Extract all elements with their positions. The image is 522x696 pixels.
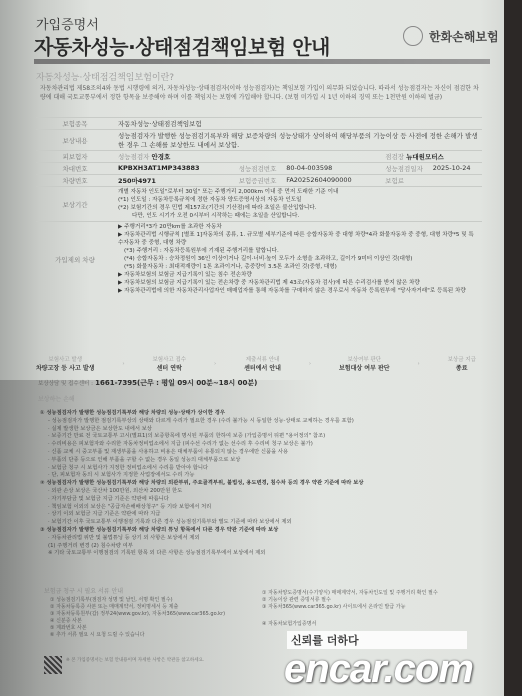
table-row: 피보험자 성능점검자 안경호 점검장 뉴대원모터스 (36, 151, 482, 163)
chevron-right-icon: › (417, 361, 419, 367)
coverage-period: 개별 자동차 인도일"로부터 30일" 또는 주행거리 2,000km 이내 중… (114, 187, 482, 222)
inspector-name: 안경호 (151, 153, 170, 161)
coverage-item: · 단, 피보험자 동의 시 보험사가 지정한 사업장에서도 수리 가능 (40, 472, 470, 480)
table-row: 보험종목 자동차성능·상태점검책임보험 (36, 118, 482, 130)
coverage-item: · 자기부담금 및 보험금 지급 기준은 약관에 따릅니다 (40, 496, 470, 504)
insurer-name: 한화손해보험 (429, 28, 499, 45)
shop-name: 뉴대원모터스 (406, 153, 444, 161)
process-step: 보상여부 판단보험대상 여부 판단 (339, 355, 390, 372)
chevron-right-icon: › (214, 361, 216, 367)
table-row: 차량번호 250마4971 보험증권번호 FA20252604090000 보험… (36, 175, 482, 187)
vin-value: KPBXH3AT1MP343883 (114, 163, 235, 175)
excluded-vehicles: ▶ 주행거리*3가 20만km를 초과한 자동차 ▶ 자동차관리법 시행규칙 [… (114, 222, 482, 297)
required-documents-left: ① 성능점검기록부(점검자 성명 및 날인, 서명 확인 필수)② 자동차등록증… (50, 597, 260, 639)
coverage-details: ① 성능점검자가 발행한 성능점검기록부와 해당 차량의 성능·상태가 상이한 … (40, 410, 470, 558)
table-row: 보상기간 개별 자동차 인도일"로부터 30일" 또는 주행거리 2,000km… (36, 187, 482, 222)
coverage-section-title: 보상하는 손해 (38, 394, 75, 403)
coverage-item: · 수리비용은 피보험자와 수리한 자동차정비업소에서 지급 (피수선 수리가 … (40, 441, 470, 449)
coverage-item: ① 성능점검자가 발행한 성능점검기록부와 해당 차량의 성능·상태가 상이한 … (40, 410, 470, 418)
encar-watermark: encar.com (284, 647, 473, 692)
coverage-item: ② 성능점검자가 발행한 성능점검기록부와 해당 차량의 외관부위, 주요골격부… (40, 480, 470, 488)
required-documents-right: ① 자동차양도증명서(수기양식) 매매계약서, 자동차인도일 및 주행거리 확인… (262, 590, 462, 628)
claim-center-phone: 보상상담 및 접수센터 : 1661-7395(근무 : 평일 09시 00분~… (38, 378, 257, 388)
coverage-item: ③ 성능점검자가 발행한 성능점검기록부와 해당 차량의 튜닝 항목에서 다른 … (40, 527, 470, 535)
process-step: 보험사고 접수센터 연락 (152, 355, 186, 372)
coverage-item: - 성능점검자가 발행한 점검기록부상의 상태와 다르게 수리가 필요한 경우 … (40, 418, 470, 426)
table-row: 차대번호 KPBXH3AT1MP343883 성능점검번호 80-04-0035… (36, 163, 482, 175)
process-step: 보험사고 발생차량고장 등 사고 발생 (36, 355, 94, 372)
documents-section-title: 보험금 청구 시 필요 서류 안내 (44, 586, 123, 595)
chevron-right-icon: › (122, 361, 124, 367)
coverage-item: · 신품 교체 시 중고부품 및 재생부품을 사용하고 비용은 대체부품이 유통… (40, 449, 470, 457)
footer-note: ※ 본 가입증명서는 보험 안내용이며 자세한 사항은 약관을 참고하세요. (66, 658, 266, 664)
coverage-item: · 상기 이외 보험금 지급 기준은 약관에 따라 지급 (40, 511, 470, 519)
coverage-item: ※ 기타 국토교통부 이행점검의 기록된 항목 외 다른 사항은 성능점검기록부… (40, 550, 470, 558)
insurance-info-table: 보험종목 자동차성능·상태점검책임보험 보상내용 성능점검자가 발행한 성능점검… (36, 117, 482, 296)
document-title: 자동차성능·상태점검책임보험 안내 (34, 31, 330, 60)
background-edge (504, 0, 522, 696)
intro-text: 자동차관리법 제58조의4와 동법 시행령에 의거, 자동차성능·상태점검자(이… (40, 84, 480, 102)
cert-number: 80-04-003598 (282, 163, 381, 175)
qr-code-icon (44, 656, 62, 674)
plate-number: 250마4971 (114, 175, 235, 187)
table-row: 보상내용 성능점검자가 발행한 성능점검기록부와 해당 보증차량의 성능상태가 … (36, 130, 482, 151)
process-step: 보상금 지급종료 (448, 355, 476, 372)
table-row: 가입제외 차량 ▶ 주행거리*3가 20만km를 초과한 자동차 ▶ 자동차관리… (36, 222, 482, 297)
coverage-item: · 자동차관리법 위반 및 불법튜닝 등 상기 외 사항은 보상에서 제외 (40, 535, 470, 543)
process-step: 제출서류 안내센터에서 안내 (244, 355, 281, 372)
chevron-right-icon: › (309, 361, 311, 367)
watermark-tagline: 신뢰를 더하다 (291, 632, 359, 648)
premium-value (429, 175, 482, 187)
inspect-date: 2025-10-24 (429, 163, 482, 175)
title-divider (34, 59, 490, 64)
coverage-item: · 부품의 단종 등으로 인해 부품을 구할 수 없는 경우 동일 성능의 대체… (40, 457, 470, 465)
hanwha-logo-icon (403, 26, 423, 46)
coverage-item: · 보험기간 이후 국토교통부 이행점검 기록과 다른 경우 성능점검기록부와 … (40, 519, 470, 527)
insurer-logo: 한화손해보험 (403, 26, 499, 46)
coverage-item: · 외관 손상 보상은 국산차 100만원, 외산차 200만원 한도 (40, 488, 470, 496)
policy-number: FA20252604090000 (282, 175, 381, 187)
claim-process-steps: 보험사고 발생차량고장 등 사고 발생 › 보험사고 접수센터 연락 › 제출서… (36, 355, 476, 372)
document-page: 가입증명서 자동차성능·상태점검책임보험 안내 한화손해보험 자동차성능·상태점… (0, 0, 508, 696)
intro-section-title: 자동차성능·상태점검책임보험이란? (36, 70, 174, 83)
